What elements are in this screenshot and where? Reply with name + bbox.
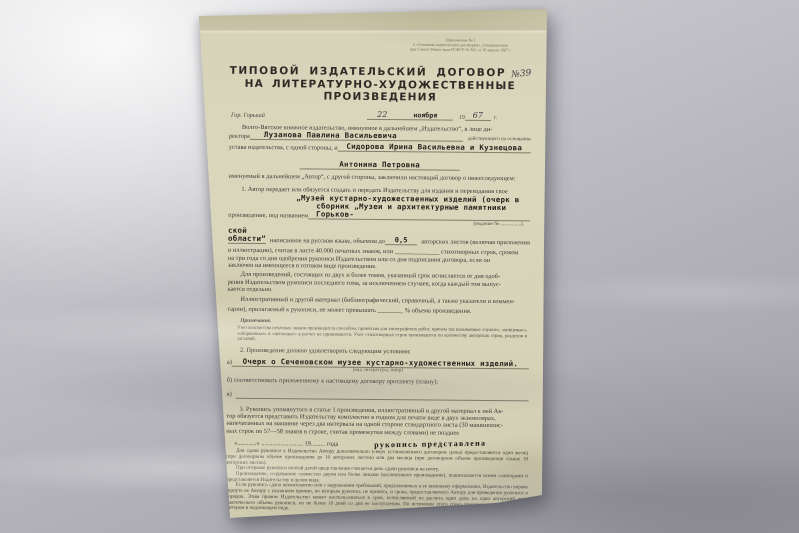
contract-number-handwritten: №39	[511, 68, 532, 80]
clause2-intro: 2. Произведение должно удовлетворять сле…	[227, 347, 529, 357]
blank-line	[236, 397, 529, 401]
acting-on-basis-label: действующего на основании	[468, 136, 531, 143]
date-day-handwritten: 22	[367, 110, 397, 120]
title-text: ТИПОВОЙ ИЗДАТЕЛЬСКИЙ ДОГОВОР	[230, 65, 507, 79]
date-suffix: г.	[494, 115, 497, 121]
work-title-typed-3: ской области“	[228, 227, 266, 244]
note-label: Примечание.	[227, 318, 529, 327]
volume-typed: 0,5	[385, 236, 417, 245]
date-year-handwritten: 67	[465, 111, 491, 121]
city-date-row: Гор. Горький 22 ноября 19 67 г.	[229, 109, 531, 122]
authors-names-typed-2: Антонина Петровна	[299, 160, 460, 171]
clause2-item-v-row: в)	[227, 391, 529, 401]
volume-row: ской области“ написанное на русском язык…	[228, 227, 530, 247]
clause1-line: Иллюстративный и другой материал (библио…	[227, 295, 529, 305]
annex-line: при Совете Министров РСФСР № 365 от 10 а…	[410, 48, 512, 54]
parties-closing: именуемый в дальнейшем „Автор“, с другой…	[228, 173, 530, 183]
work-title-row: произведение, под названием сборник „Муз…	[228, 202, 530, 222]
clause1-line: тарии), прилагаемый к рукописи, не может…	[227, 306, 529, 316]
clause2-item-b: б) соответствовать приложенному к настоя…	[227, 376, 529, 386]
item-v-label: в)	[227, 391, 232, 398]
due-date-blanks: «............» .........................…	[234, 440, 338, 448]
date-month-typed: ноября	[397, 111, 453, 120]
fine-print-paragraph: Если рукопись сдана некомплектно или с н…	[226, 483, 528, 514]
authors-names-typed: Сидорова Ирина Васильевна и Кузнецова	[338, 143, 531, 154]
edition-number-label: (издание № ................).	[473, 221, 524, 227]
work-title-lead: произведение, под названием	[228, 212, 308, 220]
city-label: Гор. Горький	[231, 112, 265, 119]
volume-tail: авторских листов (включая приложения	[417, 238, 530, 246]
work-title-typed-2: сборник „Музеи и архитектурные памятники…	[308, 203, 530, 222]
director-role: ректора	[229, 133, 250, 141]
language-volume-lead: написанное на русском языке, объемом до	[266, 237, 385, 245]
authors-row-2: Антонина Петровна	[229, 153, 531, 174]
document-content: Приложение № 1 к «Типовым издательским д…	[196, 6, 558, 524]
manuscript-submitted-stamp: рукопись представлена	[374, 439, 486, 450]
authors-lead: устава издательства, с одной стороны, и	[229, 144, 338, 152]
note-text: Учет количества печатных знаков производ…	[227, 326, 529, 345]
photo-scene: Приложение № 1 к «Типовым издательским д…	[0, 0, 799, 533]
date-line: 22 ноября 19 67 г.	[367, 110, 497, 121]
director-name-typed: Лузанова Павлина Васильевича	[250, 131, 411, 141]
authors-row: устава издательства, с одной стороны, и …	[229, 142, 531, 154]
paper-shadow-wrap: Приложение № 1 к «Типовым издательским д…	[196, 6, 558, 524]
annex-reference: Приложение № 1 к «Типовым издательским д…	[410, 38, 512, 54]
document-subtitle: НА ЛИТЕРАТУРНО-ХУДОЖЕСТВЕННЫЕ ПРОИЗВЕДЕН…	[229, 78, 531, 105]
contract-document: Приложение № 1 к «Типовым издательским д…	[196, 6, 558, 524]
